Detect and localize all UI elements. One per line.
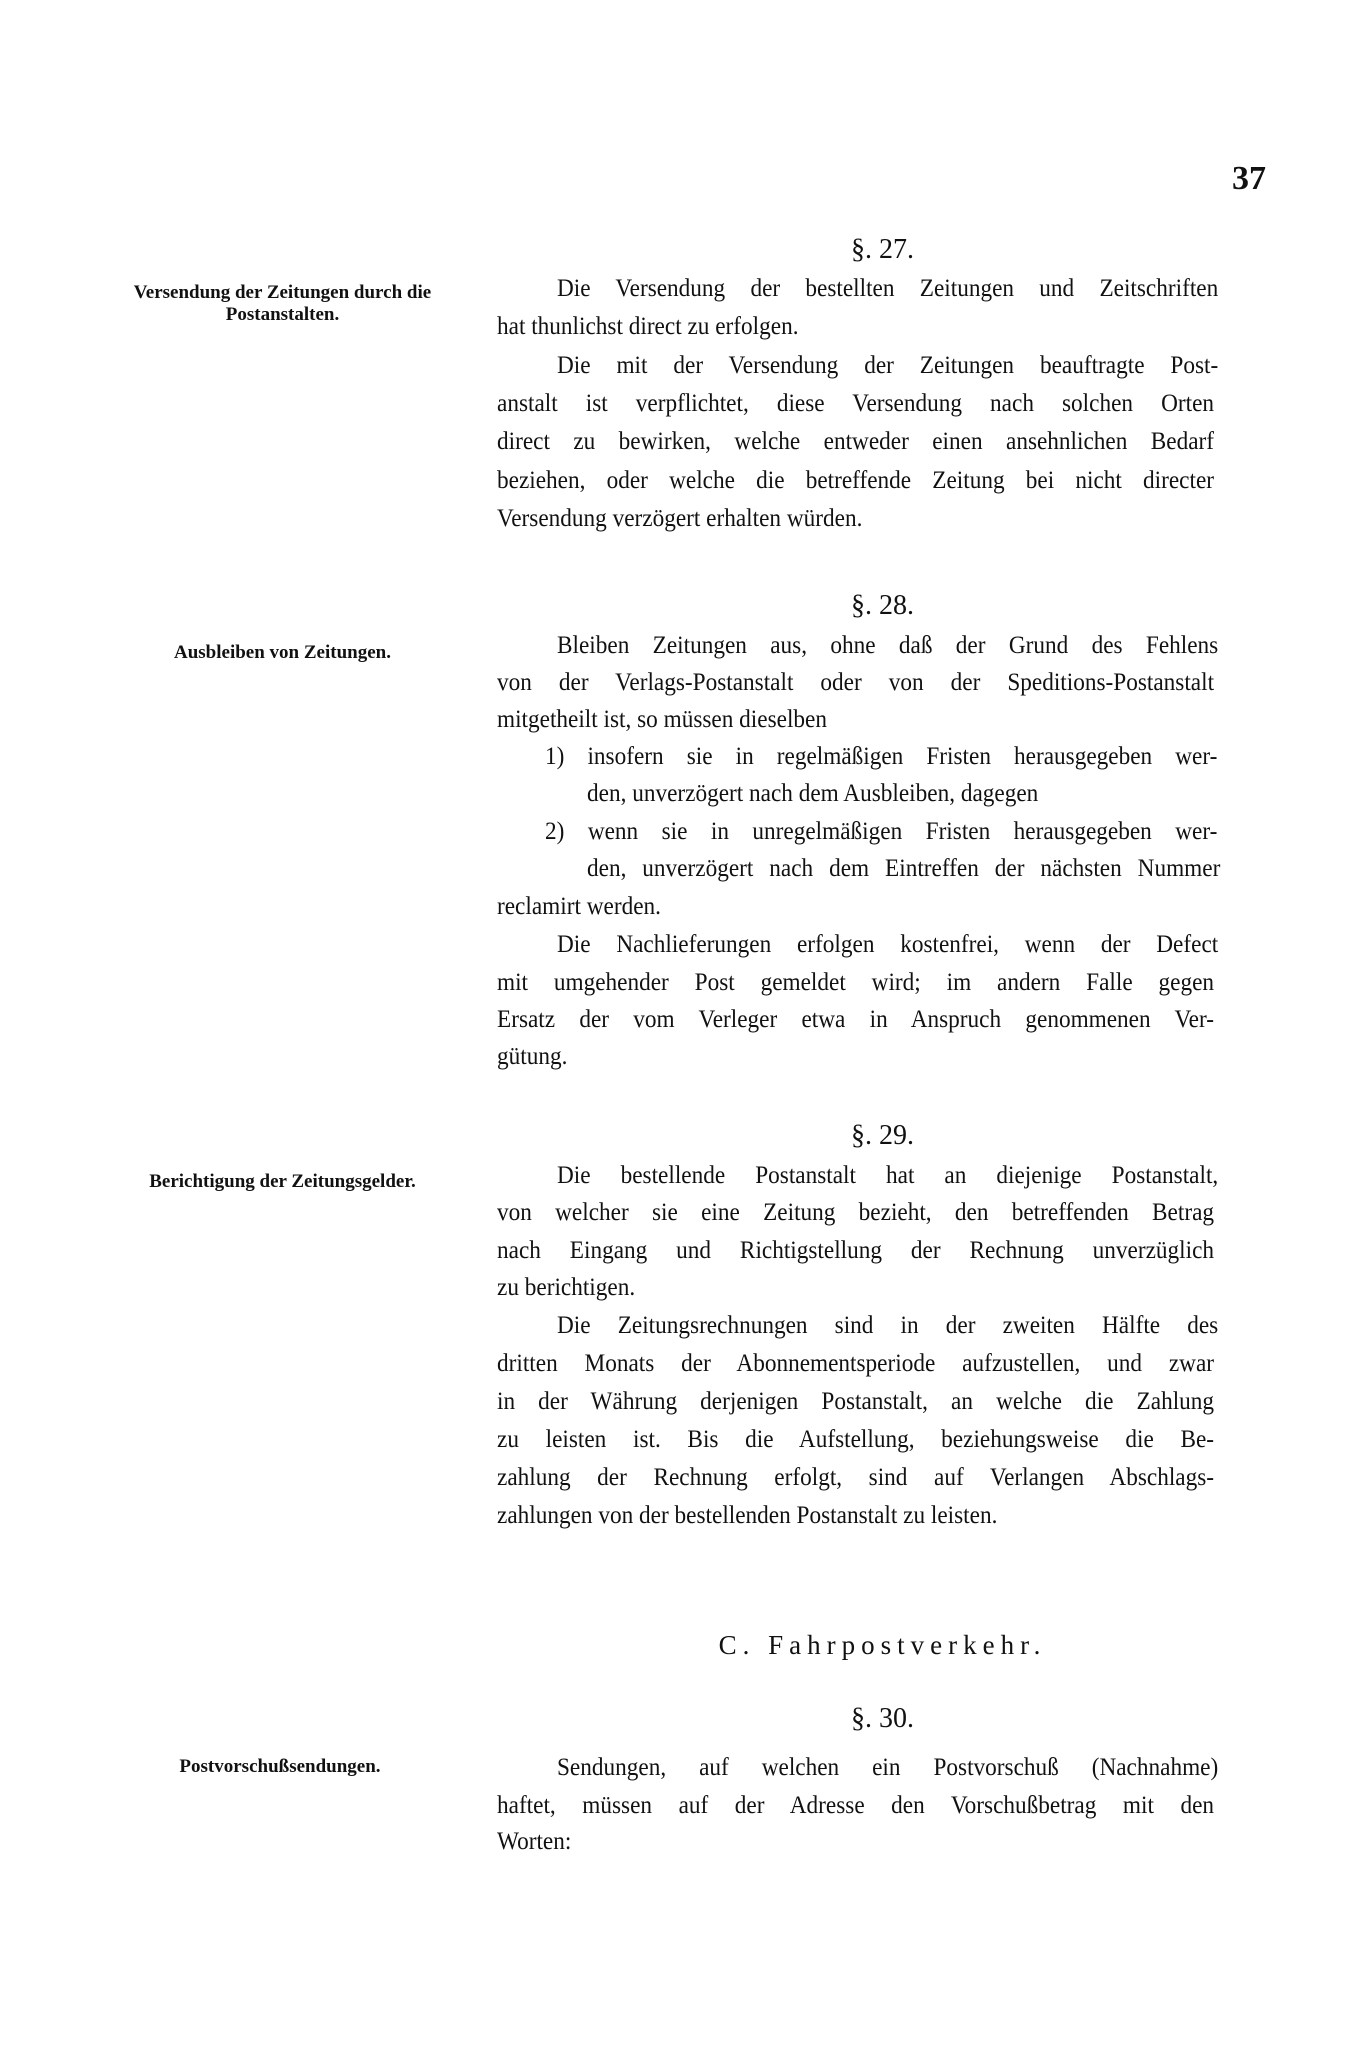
text-line: zu leisten ist. Bis die Aufstellung, bez… (497, 1425, 1214, 1455)
text-line: anstalt ist verpflichtet, diese Versendu… (497, 389, 1214, 419)
text-line: Ersatz der vom Verleger etwa in Anspruch… (497, 1005, 1214, 1035)
page-number: 37 (1232, 160, 1266, 198)
margin-note-29: Berichtigung der Zeitungsgelder. (100, 1171, 465, 1193)
text-line: zu berichtigen. (497, 1273, 1214, 1303)
text-line: hat thunlichst direct zu erfolgen. (497, 312, 1214, 342)
part-title: C. Fahrpostverkehr. (497, 1630, 1268, 1661)
list-item: 2) wenn sie in unregelmäßigen Fristen he… (545, 817, 1217, 847)
margin-note-line: Postvorschußsendungen. (100, 1756, 460, 1778)
text-line: von der Verlags-Postanstalt oder von der… (497, 668, 1214, 698)
text-line: nach Eingang und Richtigstellung der Rec… (497, 1236, 1214, 1266)
section-heading-29: §. 29. (497, 1120, 1268, 1152)
section-heading-28: §. 28. (497, 590, 1268, 622)
text-line: Die bestellende Postanstalt hat an dieje… (557, 1161, 1218, 1191)
margin-note-27: Versendung der Zeitungen durch die Posta… (100, 282, 465, 326)
text-line: reclamirt werden. (497, 892, 1214, 922)
text-line: mitgetheilt ist, so müssen dieselben (497, 705, 1214, 735)
text-line: von welcher sie eine Zeitung bezieht, de… (497, 1198, 1214, 1228)
text-line: Bleiben Zeitungen aus, ohne daß der Grun… (557, 631, 1218, 661)
text-line: beziehen, oder welche die betreffende Ze… (497, 466, 1214, 496)
section-heading-30: §. 30. (497, 1703, 1268, 1735)
text-line: Worten: (497, 1827, 1214, 1857)
text-line: in der Währung derjenigen Postanstalt, a… (497, 1387, 1214, 1417)
text-line: Die Versendung der bestellten Zeitungen … (557, 274, 1218, 304)
margin-note-line: Postanstalten. (100, 304, 465, 326)
text-line: Die Zeitungsrechnungen sind in der zweit… (557, 1311, 1218, 1341)
margin-note-line: Ausbleiben von Zeitungen. (100, 642, 465, 664)
text-line: haftet, müssen auf der Adresse den Vorsc… (497, 1791, 1214, 1821)
text-line: Die mit der Versendung der Zeitungen bea… (557, 351, 1218, 381)
text-line: mit umgehender Post gemeldet wird; im an… (497, 968, 1214, 998)
list-item: 1) insofern sie in regelmäßigen Fristen … (545, 742, 1217, 772)
list-item-continuation: den, unverzögert nach dem Ausbleiben, da… (587, 779, 1220, 809)
margin-note-line: Berichtigung der Zeitungsgelder. (100, 1171, 465, 1193)
text-line: Versendung verzögert erhalten würden. (497, 504, 1214, 534)
margin-note-30: Postvorschußsendungen. (100, 1756, 460, 1778)
margin-note-28: Ausbleiben von Zeitungen. (100, 642, 465, 664)
text-line: gütung. (497, 1042, 1214, 1072)
text-line: dritten Monats der Abonnementsperiode au… (497, 1349, 1214, 1379)
list-item-continuation: den, unverzögert nach dem Eintreffen der… (587, 854, 1220, 884)
text-line: direct zu bewirken, welche entweder eine… (497, 427, 1214, 457)
text-line: zahlung der Rechnung erfolgt, sind auf V… (497, 1463, 1214, 1493)
text-line: Sendungen, auf welchen ein Postvorschuß … (557, 1753, 1218, 1783)
margin-note-line: Versendung der Zeitungen durch die (100, 282, 465, 304)
text-line: Die Nachlieferungen erfolgen kostenfrei,… (557, 930, 1218, 960)
section-heading-27: §. 27. (497, 234, 1268, 266)
text-line: zahlungen von der bestellenden Postansta… (497, 1501, 1214, 1531)
